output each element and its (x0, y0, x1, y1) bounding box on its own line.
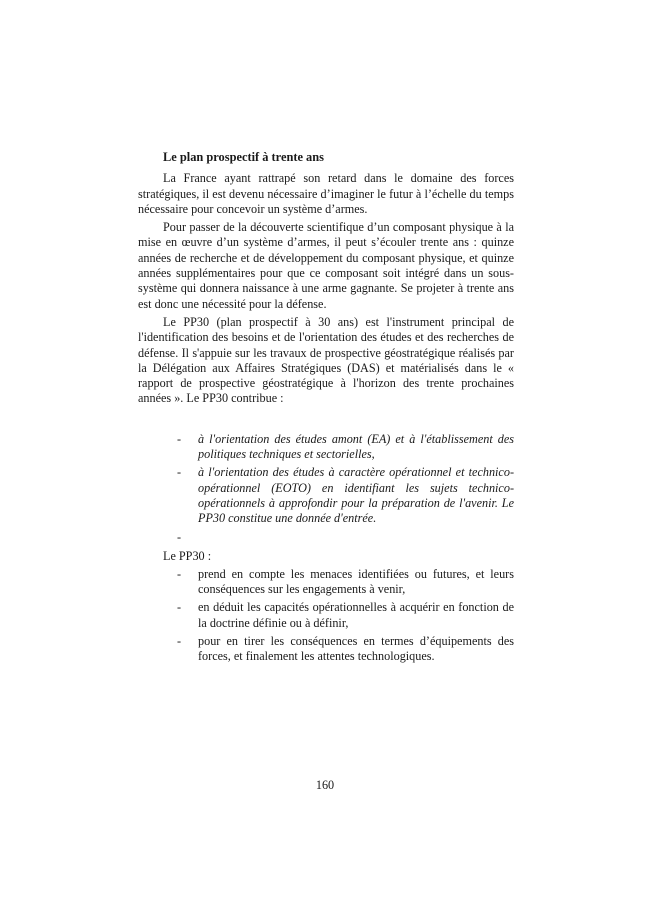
document-page: Le plan prospectif à trente ans La Franc… (138, 150, 514, 668)
paragraph-1: La France ayant rattrapé son retard dans… (138, 171, 514, 217)
list-item: - (138, 530, 514, 545)
list-item-text: pour en tirer les conséquences en termes… (198, 634, 514, 663)
list-item: - à l'orientation des études amont (EA) … (138, 432, 514, 463)
paragraph-2: Pour passer de la découverte scientifiqu… (138, 220, 514, 312)
section-title: Le plan prospectif à trente ans (163, 150, 514, 165)
dash-bullet: - (177, 465, 181, 480)
dash-bullet: - (177, 600, 181, 615)
page-number: 160 (0, 778, 650, 793)
list-item: - à l'orientation des études à caractère… (138, 465, 514, 526)
list-item-text: à l'orientation des études à caractère o… (198, 465, 514, 525)
list-item-text: à l'orientation des études amont (EA) et… (198, 432, 514, 461)
list-item-text: en déduit les capacités opérationnelles … (198, 600, 514, 629)
pp30-lead: Le PP30 : (163, 549, 514, 564)
dash-bullet: - (177, 567, 181, 582)
pp30-list: - prend en compte les menaces identifiée… (138, 567, 514, 665)
list-item: - en déduit les capacités opérationnelle… (138, 600, 514, 631)
list-item: - prend en compte les menaces identifiée… (138, 567, 514, 598)
dash-bullet: - (177, 634, 181, 649)
dash-bullet: - (177, 432, 181, 447)
spacer (138, 410, 514, 432)
paragraph-3: Le PP30 (plan prospectif à 30 ans) est l… (138, 315, 514, 407)
list-item-text: prend en compte les menaces identifiées … (198, 567, 514, 596)
contribution-list: - à l'orientation des études amont (EA) … (138, 432, 514, 545)
dash-bullet: - (177, 530, 181, 545)
list-item: - pour en tirer les conséquences en term… (138, 634, 514, 665)
